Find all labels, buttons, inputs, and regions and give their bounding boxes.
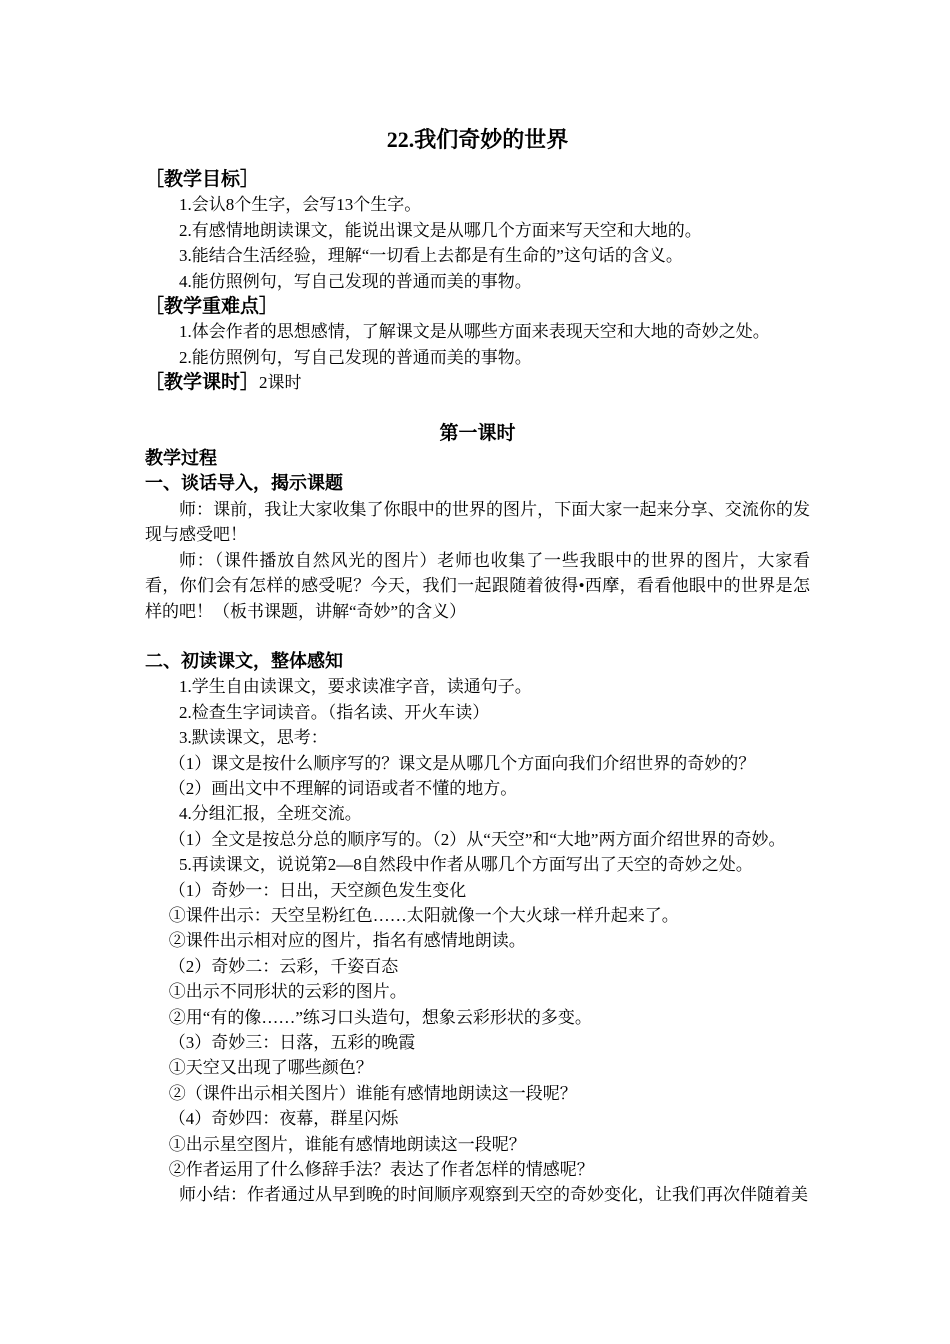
wonder-4-point-1: ①出示星空图片，谁能有感情地朗读这一段呢？ <box>145 1132 810 1157</box>
blank-line <box>145 624 810 649</box>
step-4: 4.分组汇报，全班交流。 <box>145 801 810 826</box>
wonder-1: （1）奇妙一：日出，天空颜色发生变化 <box>145 878 810 903</box>
teacher-summary: 师小结：作者通过从早到晚的时间顺序观察到天空的奇妙变化，让我们再次伴随着美 <box>145 1182 810 1207</box>
step-4-answers: （1）全文是按总分总的顺序写的。（2）从“天空”和“大地”两方面介绍世界的奇妙。 <box>145 827 810 852</box>
wonder-4-point-2: ②作者运用了什么修辞手法？表达了作者怎样的情感呢？ <box>145 1157 810 1182</box>
objective-1: 1.会认8个生字，会写13个生字。 <box>145 192 810 217</box>
wonder-3-point-1: ①天空又出现了哪些颜色？ <box>145 1055 810 1080</box>
objective-2: 2.有感情地朗读课文，能说出课文是从哪几个方面来写天空和大地的。 <box>145 218 810 243</box>
wonder-1-point-2: ②课件出示相对应的图片，指名有感情地朗读。 <box>145 928 810 953</box>
step-1: 1.学生自由读课文，要求读准字音，读通句子。 <box>145 674 810 699</box>
wonder-4: （4）奇妙四：夜幕，群星闪烁 <box>145 1106 810 1131</box>
document-page: 22.我们奇妙的世界 ［教学目标］1.会认8个生字，会写13个生字。2.有感情地… <box>0 0 950 1344</box>
heading-class-hours-label: ［教学课时］ <box>145 372 259 393</box>
heading-teaching-objectives-label: ［教学目标］ <box>145 169 259 190</box>
teacher-line-1: 师：课前，我让大家收集了你眼中的世界的图片，下面大家一起来分享、交流你的发现与感… <box>145 497 810 548</box>
step-3: 3.默读课文，思考： <box>145 725 810 750</box>
objective-3: 3.能结合生活经验，理解“一切看上去都是有生命的”这句话的含义。 <box>145 243 810 268</box>
key-point-2: 2.能仿照例句，写自己发现的普通而美的事物。 <box>145 345 810 370</box>
heading-teaching-process: 教学过程 <box>145 446 810 471</box>
key-point-1: 1.体会作者的思想感情，了解课文是从哪些方面来表现天空和大地的奇妙之处。 <box>145 319 810 344</box>
wonder-3-point-2: ②（课件出示相关图片）谁能有感情地朗读这一段呢？ <box>145 1081 810 1106</box>
wonder-2-point-1: ①出示不同形状的云彩的图片。 <box>145 979 810 1004</box>
wonder-2: （2）奇妙二：云彩，千姿百态 <box>145 954 810 979</box>
step-3-q2: （2）画出文中不理解的词语或者不懂的地方。 <box>145 776 810 801</box>
step-5: 5.再读课文，说说第2—8自然段中作者从哪几个方面写出了天空的奇妙之处。 <box>145 852 810 877</box>
blank-line <box>145 396 810 421</box>
step-2: 2.检查生字词读音。（指名读、开火车读） <box>145 700 810 725</box>
heading-class-hours-value: 2课时 <box>259 373 302 392</box>
document-title: 22.我们奇妙的世界 <box>145 126 810 154</box>
heading-class-hours: ［教学课时］2课时 <box>145 370 810 395</box>
step-3-q1: （1）课文是按什么顺序写的？课文是从哪几个方面向我们介绍世界的奇妙的？ <box>145 751 810 776</box>
teacher-line-2: 师：（课件播放自然风光的图片）老师也收集了一些我眼中的世界的图片，大家看看，你们… <box>145 548 810 624</box>
wonder-1-point-1: ①课件出示：天空呈粉红色……太阳就像一个大火球一样升起来了。 <box>145 903 810 928</box>
wonder-3: （3）奇妙三：日落，五彩的晚霞 <box>145 1030 810 1055</box>
heading-key-difficult-points: ［教学重难点］ <box>145 294 810 319</box>
heading-key-difficult-points-label: ［教学重难点］ <box>145 296 278 317</box>
section-2-heading: 二、初读课文，整体感知 <box>145 649 810 674</box>
section-1-heading: 一、谈话导入，揭示课题 <box>145 471 810 496</box>
wonder-2-point-2: ②用“有的像……”练习口头造句，想象云彩形状的多变。 <box>145 1005 810 1030</box>
heading-first-period: 第一课时 <box>145 421 810 446</box>
document-body: ［教学目标］1.会认8个生字，会写13个生字。2.有感情地朗读课文，能说出课文是… <box>145 167 810 1208</box>
objective-4: 4.能仿照例句，写自己发现的普通而美的事物。 <box>145 269 810 294</box>
heading-teaching-objectives: ［教学目标］ <box>145 167 810 192</box>
